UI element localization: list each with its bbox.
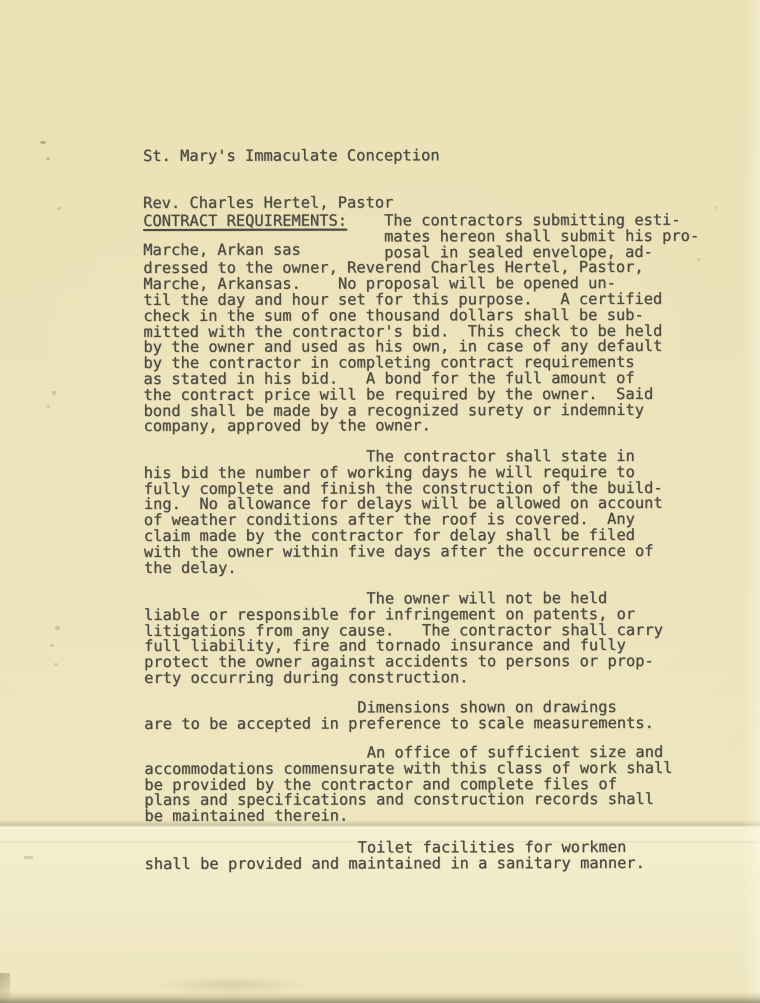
typewritten-content: St. Mary's Immaculate Conception Rev. Ch… bbox=[0, 0, 760, 1003]
paragraph-office-and-records: An office of sufficient size and accommo… bbox=[144, 745, 672, 825]
paragraph-toilet-facilities: Toilet facilities for workmen shall be p… bbox=[145, 840, 645, 873]
scanned-document-page: St. Mary's Immaculate Conception Rev. Ch… bbox=[0, 0, 760, 1003]
paragraph-proposal-and-bond: CONTRACT REQUIREMENTS: The contractors s… bbox=[143, 213, 699, 435]
letterhead-pastor: Rev. Charles Hertel, Pastor bbox=[143, 195, 440, 211]
paragraph-working-days-and-delays: The contractor shall state in his bid th… bbox=[144, 449, 663, 576]
paragraph-text: mates hereon shall submit his pro- posal… bbox=[143, 211, 699, 435]
paragraph-dimensions: Dimensions shown on drawings are to be a… bbox=[144, 700, 654, 733]
letterhead-organization: St. Mary's Immaculate Conception bbox=[143, 148, 440, 164]
paragraph-liability-and-insurance: The owner will not be held liable or res… bbox=[144, 591, 663, 687]
